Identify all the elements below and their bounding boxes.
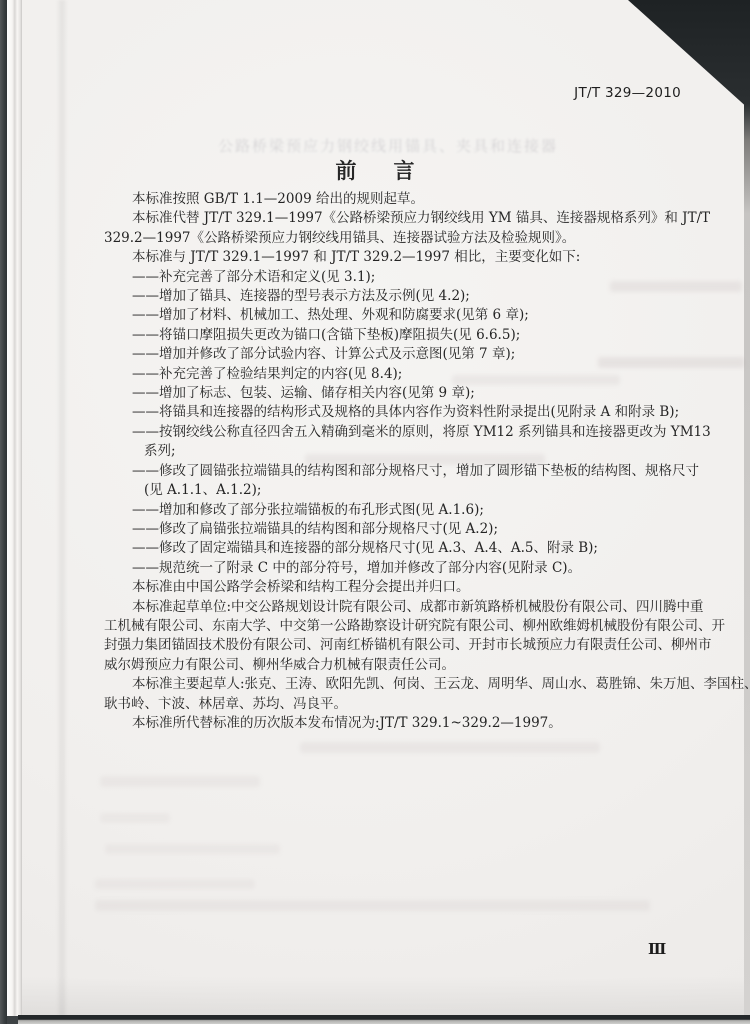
foreword-line: ——补充完善了检验结果判定的内容(见 8.4); bbox=[104, 365, 664, 384]
foreword-line: 本标准与 JT/T 329.1—1997 和 JT/T 329.2—1997 相… bbox=[104, 248, 664, 267]
foreword-line: ——规范统一了附录 C 中的部分符号，增加并修改了部分内容(见附录 C)。 bbox=[104, 559, 664, 578]
scanned-standard-page: 公路桥梁预应力钢绞线用锚具、夹具和连接器 JT/T 329—2010 前 言 本… bbox=[0, 0, 750, 1024]
page-number: Ⅲ bbox=[648, 940, 666, 958]
foreword-line: ——将锚具和连接器的结构形式及规格的具体内容作为资料性附录提出(见附录 A 和附… bbox=[104, 403, 664, 422]
foreword-line: ——增加了标志、包装、运输、储存相关内容(见第 9 章); bbox=[104, 384, 664, 403]
paper-crease bbox=[56, 0, 68, 1016]
foreword-line: 本标准代替 JT/T 329.1—1997《公路桥梁预应力钢绞线用 YM 锚具、… bbox=[104, 209, 664, 228]
foreword-line: ——修改了固定端锚具和连接器的部分规格尺寸(见 A.3、A.4、A.5、附录 B… bbox=[104, 539, 664, 558]
foreword-line: 耿书岭、卞波、林居章、苏均、冯良平。 bbox=[104, 695, 664, 714]
foreword-line: ——修改了扁锚张拉端锚具的结构图和部分规格尺寸(见 A.2); bbox=[104, 520, 664, 539]
foreword-line: ——增加并修改了部分试验内容、计算公式及示意图(见第 7 章); bbox=[104, 345, 664, 364]
foreword-line: 本标准由中国公路学会桥梁和结构工程分会提出并归口。 bbox=[104, 578, 664, 597]
foreword-line: 本标准主要起草人:张克、王涛、欧阳先凯、何岗、王云龙、周明华、周山水、葛胜锦、朱… bbox=[104, 675, 664, 694]
foreword-line: (见 A.1.1、A.1.2); bbox=[104, 481, 664, 500]
bleed-through-smudge bbox=[300, 742, 600, 753]
bleed-through-smudge bbox=[105, 844, 280, 854]
bottom-page-edge bbox=[18, 1015, 750, 1024]
foreword-line: ——增加了锚具、连接器的型号表示方法及示例(见 4.2); bbox=[104, 287, 664, 306]
book-spine-edge bbox=[0, 0, 7, 1024]
foreword-line: ——增加了材料、机械加工、热处理、外观和防腐要求(见第 6 章); bbox=[104, 306, 664, 325]
standard-number: JT/T 329—2010 bbox=[0, 85, 681, 101]
right-page-edge bbox=[744, 104, 750, 1016]
bleed-through-smudge bbox=[95, 900, 650, 911]
foreword-line: 本标准按照 GB/T 1.1—2009 给出的规则起草。 bbox=[104, 190, 664, 209]
foreword-line: 本标准起草单位:中交公路规划设计院有限公司、成都市新筑路桥机械股份有限公司、四川… bbox=[104, 598, 664, 617]
foreword-line: ——按钢绞线公称直径四舍五入精确到毫米的原则，将原 YM12 系列锚具和连接器更… bbox=[104, 423, 664, 442]
foreword-line: ——将锚口摩阻损失更改为锚口(含锚下垫板)摩阻损失(见 6.6.5); bbox=[104, 326, 664, 345]
bleed-through-smudge bbox=[100, 776, 260, 787]
foreword-line: 封强力集团锚固技术股份有限公司、河南红桥锚机有限公司、开封市长城预应力有限责任公… bbox=[104, 636, 664, 655]
bleed-through-title: 公路桥梁预应力钢绞线用锚具、夹具和连接器 bbox=[218, 135, 598, 156]
bleed-through-smudge bbox=[100, 813, 170, 823]
foreword-line: 本标准所代替标准的历次版本发布情况为:JT/T 329.1~329.2—1997… bbox=[104, 714, 664, 733]
foreword-line: 威尔姆预应力有限公司、柳州华威合力机械有限责任公司。 bbox=[104, 656, 664, 675]
page-title: 前 言 bbox=[0, 155, 750, 185]
foreword-line: ——补充完善了部分术语和定义(见 3.1); bbox=[104, 268, 664, 287]
foreword-line: 329.2—1997《公路桥梁预应力钢绞线用锚具、连接器试验方法及检验规则》。 bbox=[104, 229, 664, 248]
foreword-body: 本标准按照 GB/T 1.1—2009 给出的规则起草。本标准代替 JT/T 3… bbox=[104, 190, 664, 733]
foreword-line: ——修改了圆锚张拉端锚具的结构图和部分规格尺寸，增加了圆形锚下垫板的结构图、规格… bbox=[104, 462, 664, 481]
bleed-through-smudge bbox=[95, 879, 255, 889]
page-stack-edge bbox=[7, 0, 22, 1016]
foreword-line: 工机械有限公司、东南大学、中交第一公路勘察设计研究院有限公司、柳州欧维姆机械股份… bbox=[104, 617, 664, 636]
foreword-line: 系列; bbox=[104, 442, 664, 461]
foreword-line: ——增加和修改了部分张拉端锚板的布孔形式图(见 A.1.6); bbox=[104, 501, 664, 520]
paper-bottom-shadow bbox=[22, 976, 745, 1016]
